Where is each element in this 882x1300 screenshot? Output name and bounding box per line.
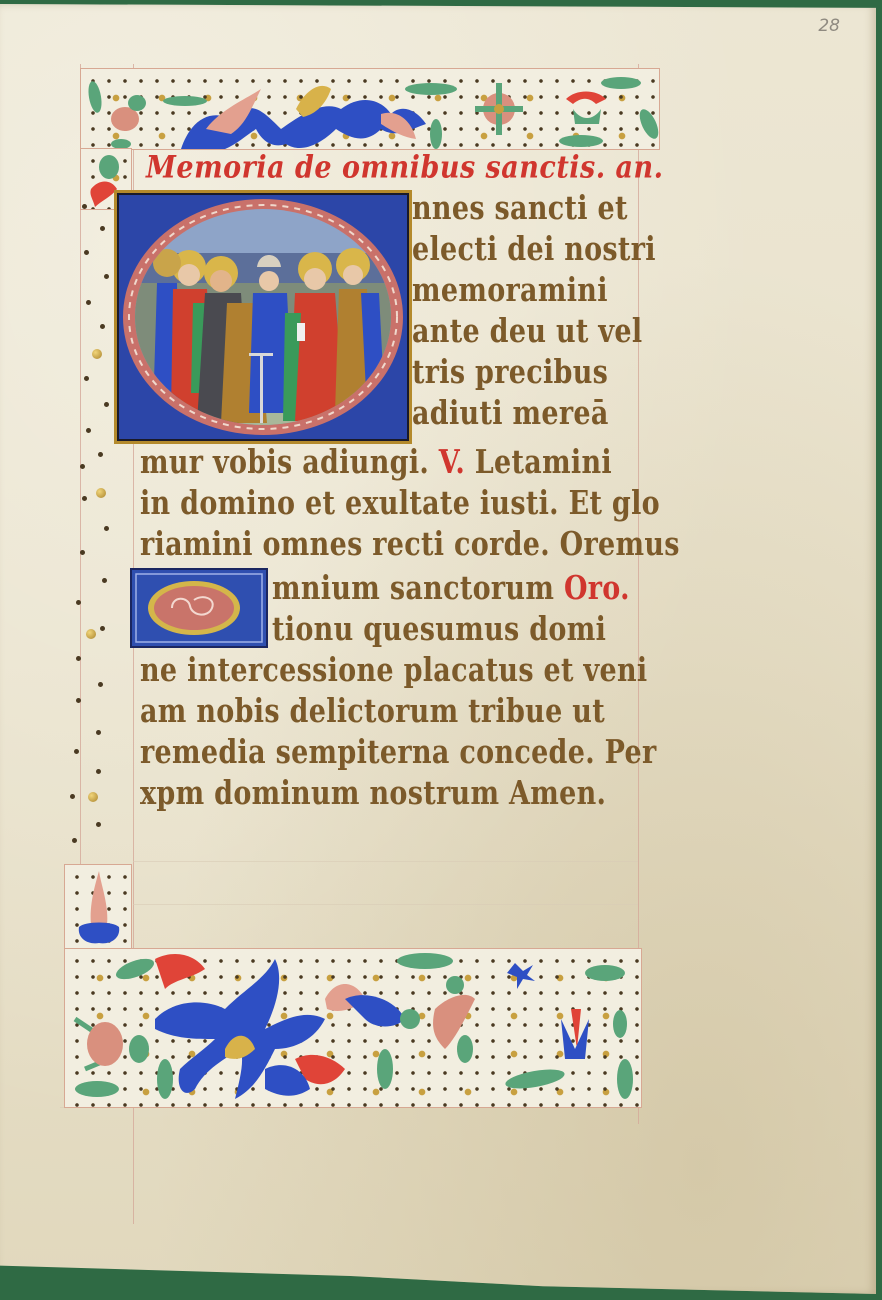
text-line-11: tionu quesumus domi [272, 611, 606, 648]
text-line-1: nnes sancti et [412, 190, 628, 227]
top-border-decoration [80, 68, 660, 150]
all-saints-miniature-icon [117, 193, 409, 441]
text-line-6: adiuti mereā [412, 395, 609, 432]
bud-icon [65, 865, 131, 949]
rubric-heading: Memoria de omnibus sanctis. an. [146, 150, 664, 186]
text-line-3: memoramini [412, 272, 608, 309]
oratio-marker: Oro. [564, 570, 630, 607]
initial-o-icon [132, 570, 266, 646]
text-line-7: mur vobis adiungi. V. Letamini [140, 444, 612, 481]
acanthus-border-icon [65, 949, 641, 1107]
historiated-initial-miniature [114, 190, 412, 444]
acanthus-border-icon [81, 69, 659, 149]
text-line-13: am nobis delictorum tribue ut [140, 693, 605, 730]
decorated-initial-o [130, 568, 268, 648]
text-line-5: tris precibus [412, 354, 608, 391]
versicle-marker: V. [439, 444, 465, 481]
left-border-decoration [64, 864, 132, 950]
text-line-7-cont: Letamini [475, 444, 612, 481]
text-line-12: ne intercessione placatus et veni [140, 652, 647, 689]
ruling-line [133, 904, 638, 905]
text-line-9: riamini omnes recti corde. Oremus [140, 526, 680, 563]
text-line-2: electi dei nostri [412, 231, 656, 268]
text-line-10: mnium sanctorum Oro. [272, 570, 630, 607]
text-line-14: remedia sempiterna concede. Per [140, 734, 657, 771]
folio-number: 28 [818, 16, 840, 36]
bottom-border-decoration [64, 948, 642, 1108]
text-line-10-start: mnium sanctorum [272, 570, 554, 607]
text-line-8: in domino et exultate iusti. Et glo [140, 485, 660, 522]
ruling-line [133, 861, 638, 862]
manuscript-leaf: 28 [0, 4, 876, 1294]
text-line-7-start: mur vobis adiungi. [140, 444, 429, 481]
text-line-4: ante deu ut vel [412, 313, 642, 350]
text-line-15: xpm dominum nostrum Amen. [140, 775, 606, 812]
